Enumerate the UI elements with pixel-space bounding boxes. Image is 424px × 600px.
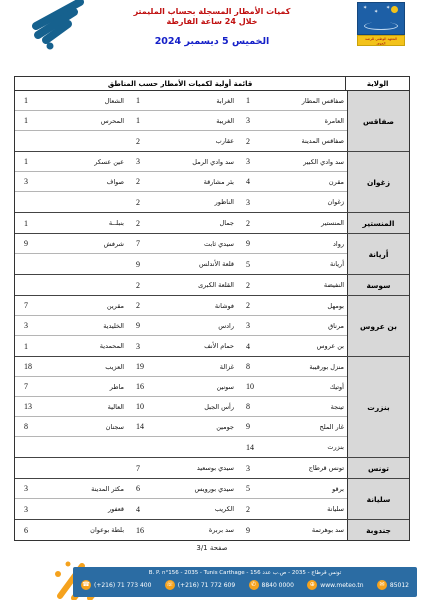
station-name: سونين [165,377,237,397]
station-name: جومين [165,417,237,437]
station-name: مقرن [275,172,347,192]
station-value: 9 [127,254,165,274]
station-value: 9 [15,234,55,254]
station-value: 2 [237,275,275,295]
station-name: سيدي بورويس [165,479,237,499]
report-date: الخميس 5 ديسمبر 2024 [0,36,424,47]
station-value: 3 [237,458,275,478]
station-name [55,458,127,478]
table-row: برقو5سيدي بورويس6مكثر المدينة3 [15,479,347,499]
station-name: رواد [275,234,347,254]
governorate-group: بنزرتمنزل بورقيبة8غزالة19العزيب18أوتيك10… [15,356,409,457]
governorate-cell: أريانة [347,234,409,274]
station-value [15,275,55,295]
table-row: غار الملح9جومين14سجنان8 [15,417,347,437]
station-value [15,458,55,478]
station-name: برقو [275,479,347,499]
station-value: 3 [127,336,165,356]
table-row: صفاقس المطار1الغرابة1الشعال1 [15,91,347,111]
table-row: سليانة2الكريب4قعفور3 [15,499,347,519]
station-name: غزالة [165,357,237,377]
table-caption: قائمة أولية لكميات الأمطار حسب المناطق [15,77,345,90]
table-row: العامرة3الغريبة1المحرس1 [15,111,347,131]
contact-text: 85012 [390,582,409,589]
station-name: تينجة [275,397,347,417]
governorate-header: الولاية [345,77,409,90]
station-value: 4 [237,172,275,192]
station-name [55,275,127,295]
governorate-cell: زغوان [347,152,409,212]
table-row: أوتيك10سونين16ماطر7 [15,377,347,397]
station-value: 1 [15,213,55,233]
table-row: مرناق3رادس9الخليدية3 [15,316,347,336]
station-name: مقرين [55,296,127,316]
station-value: 19 [127,357,165,377]
station-value: 3 [15,479,55,499]
station-value: 8 [15,417,55,437]
contact-item: ✆8840 0000 [249,580,294,590]
station-value: 4 [127,499,165,519]
station-value: 2 [237,213,275,233]
station-value: 2 [127,131,165,151]
station-name: أريانة [275,254,347,274]
station-value: 2 [127,296,165,316]
governorate-group: أريانةرواد9سيدي ثابت7شرفش9أريانة5قلعة ال… [15,233,409,274]
station-value: 9 [237,417,275,437]
contact-text: 8840 0000 [262,582,294,589]
table-row: سد بوهرتمة9سد بربرة16بلطة بوعوان6 [15,520,347,540]
table-row: أريانة5قلعة الأندلس9 [15,254,347,274]
header: كميات الأمطار المسجلة بحساب المليمتر خلا… [0,7,424,47]
station-name: الغرابة [165,91,237,111]
station-value: 1 [127,111,165,131]
station-value: 1 [15,91,55,111]
station-value: 18 [15,357,55,377]
station-name: سيدي بوسعيد [165,458,237,478]
station-name: منزل بورقيبة [275,357,347,377]
station-value: 4 [237,336,275,356]
rainfall-table: الولاية قائمة أولية لكميات الأمطار حسب ا… [14,76,410,541]
governorate-cell: صفاقس [347,91,409,151]
table-row: منزل بورقيبة8غزالة19العزيب18 [15,357,347,377]
station-value: 9 [127,316,165,336]
station-name: تونس قرطاج [275,458,347,478]
station-name: النفيضة [275,275,347,295]
station-name: بلطة بوعوان [55,520,127,540]
globe-icon: ⊕ [307,580,317,590]
report-title-line2: خلال 24 ساعة الفارطة [0,17,424,27]
station-value: 2 [127,172,165,192]
contact-item: ☏(+216) 71 772 609 [165,580,235,590]
station-name: قلعة الأندلس [165,254,237,274]
table-row: بن عروس4حمام الأنف3المحمدية1 [15,336,347,356]
station-value: 8 [237,397,275,417]
station-value: 1 [15,152,55,172]
station-name: مرناق [275,316,347,336]
station-value: 7 [15,296,55,316]
station-name: القلعة الكبرى [165,275,237,295]
station-name [55,192,127,212]
station-value [15,254,55,274]
station-name: سليانة [275,499,347,519]
contact-item: ✉85012 [377,580,409,590]
station-name [55,437,127,457]
station-value: 14 [237,437,275,457]
station-value [127,437,165,457]
table-row: رواد9سيدي ثابت7شرفش9 [15,234,347,254]
contact-text: (+216) 71 773 400 [94,582,151,589]
station-name [165,437,237,457]
station-name: رادس [165,316,237,336]
station-name: الغريبة [165,111,237,131]
station-value: 9 [237,234,275,254]
station-name: عين عسكر [55,152,127,172]
station-value: 7 [127,234,165,254]
station-name: المنستير [275,213,347,233]
address-line: B. P. n°156 - 2035 - Tunis Carthage - تو… [73,570,417,577]
station-name: سد وادي الرمل [165,152,237,172]
station-value: 9 [237,520,275,540]
station-value: 7 [127,458,165,478]
contact-text: www.meteo.tn [320,582,363,589]
station-value: 2 [237,499,275,519]
station-name: بومهل [275,296,347,316]
station-value: 10 [237,377,275,397]
table-row: صفاقس المدينة2عقارب2 [15,131,347,151]
call-icon: ✆ [249,580,259,590]
governorate-group: تونستونس قرطاج3سيدي بوسعيد7 [15,457,409,478]
table-row: بومهل2فوشانة2مقرين7 [15,296,347,316]
station-name: رأس الجبل [165,397,237,417]
station-value: 13 [15,397,55,417]
station-value: 3 [127,152,165,172]
station-value: 10 [127,397,165,417]
table-row: زغوان3الناظور2 [15,192,347,212]
station-name: جمال [165,213,237,233]
station-value: 3 [237,152,275,172]
station-name [55,254,127,274]
governorate-group: صفاقسصفاقس المطار1الغرابة1الشعال1العامرة… [15,91,409,151]
station-name: سد بوهرتمة [275,520,347,540]
governorate-cell: تونس [347,458,409,478]
table-row: مقرن4بئر مشارقة2صواف3 [15,172,347,192]
station-value: 1 [237,91,275,111]
station-name: ماطر [55,377,127,397]
station-value: 3 [15,499,55,519]
station-name: الخليدية [55,316,127,336]
station-name: المحمدية [55,336,127,356]
phone-icon: ☎ [81,580,91,590]
station-value [15,437,55,457]
station-name: سد بربرة [165,520,237,540]
station-value: 1 [15,111,55,131]
station-value: 7 [15,377,55,397]
station-value: 16 [127,377,165,397]
table-row: النفيضة2القلعة الكبرى2 [15,275,347,295]
station-value: 6 [127,479,165,499]
station-name: سد وادي الكبير [275,152,347,172]
station-name: صفاقس المطار [275,91,347,111]
station-name: بنبلــة [55,213,127,233]
station-name: فوشانة [165,296,237,316]
station-name: بن عروس [275,336,347,356]
station-value: 2 [127,275,165,295]
contact-text: (+216) 71 772 609 [178,582,235,589]
station-name: عقارب [165,131,237,151]
governorate-group: سليانةبرقو5سيدي بورويس6مكثر المدينة3سليا… [15,478,409,519]
table-row: المنستير2جمال2بنبلــة1 [15,213,347,233]
station-name: بنزرت [275,437,347,457]
contact-item: ⊕www.meteo.tn [307,580,363,590]
governorate-cell: سليانة [347,479,409,519]
station-value: 2 [237,131,275,151]
sms-icon: ✉ [377,580,387,590]
governorate-cell: سوسة [347,275,409,295]
contact-item: ☎(+216) 71 773 400 [81,580,151,590]
report-title-line1: كميات الأمطار المسجلة بحساب المليمتر [0,7,424,17]
station-value: 3 [237,316,275,336]
station-value: 3 [237,192,275,212]
station-name: العزيب [55,357,127,377]
station-value: 5 [237,479,275,499]
station-value: 16 [127,520,165,540]
station-name: المحرس [55,111,127,131]
station-name: غار الملح [275,417,347,437]
table-row: سد وادي الكبير3سد وادي الرمل3عين عسكر1 [15,152,347,172]
table-row: تونس قرطاج3سيدي بوسعيد7 [15,458,347,478]
station-value: 5 [237,254,275,274]
station-name: العامرة [275,111,347,131]
station-value: 3 [15,172,55,192]
governorate-group: جندوبةسد بوهرتمة9سد بربرة16بلطة بوعوان6 [15,519,409,540]
table-header-row: الولاية قائمة أولية لكميات الأمطار حسب ا… [15,77,409,91]
station-value: 1 [15,336,55,356]
station-name: الكريب [165,499,237,519]
table-row: بنزرت14 [15,437,347,457]
rainfall-table-body: صفاقسصفاقس المطار1الغرابة1الشعال1العامرة… [15,91,409,540]
table-row: تينجة8رأس الجبل10العالية13 [15,397,347,417]
station-name: سجنان [55,417,127,437]
station-name: صفاقس المدينة [275,131,347,151]
station-name: زغوان [275,192,347,212]
station-name: شرفش [55,234,127,254]
station-name: العالية [55,397,127,417]
station-value: 6 [15,520,55,540]
station-name: بئر مشارقة [165,172,237,192]
governorate-group: بن عروسبومهل2فوشانة2مقرين7مرناق3رادس9الخ… [15,295,409,356]
station-value: 3 [15,316,55,336]
station-name: سيدي ثابت [165,234,237,254]
station-name: حمام الأنف [165,336,237,356]
governorate-cell: المنستير [347,213,409,233]
station-value: 2 [127,213,165,233]
governorate-group: سوسةالنفيضة2القلعة الكبرى2 [15,274,409,295]
governorate-cell: جندوبة [347,520,409,540]
station-value [15,192,55,212]
governorate-cell: بنزرت [347,357,409,457]
station-value: 2 [127,192,165,212]
station-value: 14 [127,417,165,437]
station-value: 1 [127,91,165,111]
station-name: أوتيك [275,377,347,397]
footer-bar: B. P. n°156 - 2035 - Tunis Carthage - تو… [73,567,417,597]
station-name: الشعال [55,91,127,111]
governorate-group: المنستيرالمنستير2جمال2بنبلــة1 [15,212,409,233]
fax-icon: ☏ [165,580,175,590]
page-number: صفحة 3/1 [0,544,424,552]
station-value: 2 [237,296,275,316]
station-name: الناظور [165,192,237,212]
station-name: مكثر المدينة [55,479,127,499]
station-name [55,131,127,151]
station-name: صواف [55,172,127,192]
station-value: 8 [237,357,275,377]
station-value [15,131,55,151]
governorate-cell: بن عروس [347,296,409,356]
station-name: قعفور [55,499,127,519]
contacts-row: ☎(+216) 71 773 400☏(+216) 71 772 609✆884… [73,577,417,590]
station-value: 3 [237,111,275,131]
governorate-group: زغوانسد وادي الكبير3سد وادي الرمل3عين عس… [15,151,409,212]
